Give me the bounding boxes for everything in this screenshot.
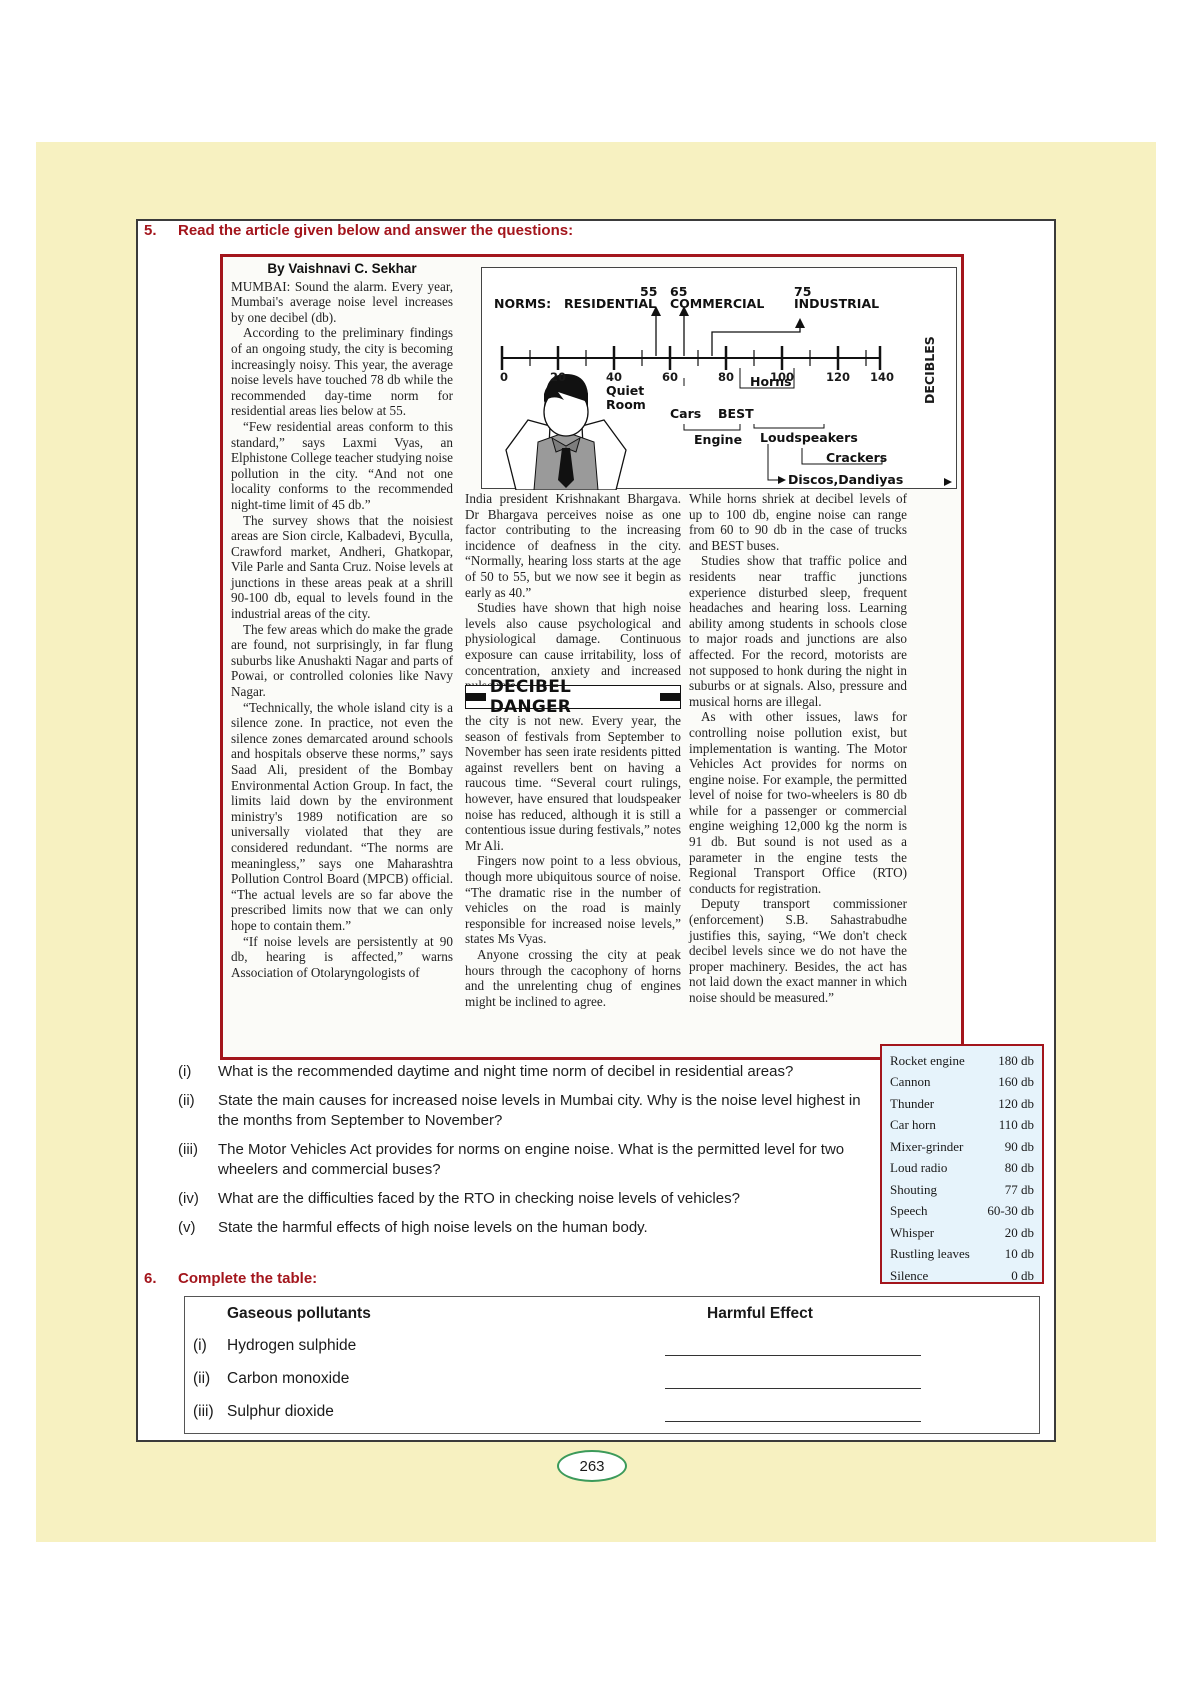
sound-source: Thunder <box>890 1096 934 1112</box>
sound-level: 110 db <box>999 1117 1034 1133</box>
sound-level: 10 db <box>1005 1246 1034 1262</box>
paragraph: India president Krishnakant Bhargava. Dr… <box>465 491 681 600</box>
banner-bar-right <box>660 693 680 701</box>
paragraph: The survey shows that the noisiest areas… <box>231 513 453 622</box>
paragraph: “Few residential areas conform to this s… <box>231 419 453 513</box>
banner-bar-left <box>466 693 486 701</box>
table-row: (i) Hydrogen sulphide <box>193 1337 356 1355</box>
sound-source: Car horn <box>890 1117 936 1133</box>
table-row: Thunder120 db <box>890 1093 1034 1115</box>
paragraph: The few areas which do make the grade ar… <box>231 622 453 700</box>
row-index: (i) <box>193 1337 227 1355</box>
source-horns: Horns <box>750 374 792 389</box>
source-quiet-room: Quiet Room <box>606 384 666 412</box>
question-number: 5. <box>144 222 178 239</box>
sound-level: 60-30 db <box>987 1203 1034 1219</box>
sound-source: Rocket engine <box>890 1053 965 1069</box>
question-title: Read the article given below and answer … <box>178 222 573 239</box>
sound-source: Speech <box>890 1203 928 1219</box>
question-text: State the main causes for increased nois… <box>218 1091 878 1131</box>
sound-level: 90 db <box>1005 1139 1034 1155</box>
question-text: What are the difficulties faced by the R… <box>218 1189 878 1209</box>
norm-label-commercial: COMMERCIAL <box>670 296 764 311</box>
decibel-scale-figure: NORMS: 55 RESIDENTIAL 65 COMMERCIAL 75 I… <box>481 267 957 489</box>
paragraph: “If noise levels are persistently at 90 … <box>231 934 453 981</box>
article-column-2-bottom: the city is not new. Every year, the sea… <box>465 713 681 1009</box>
article-column-1: By Vaishnavi C. Sekhar MUMBAI: Sound the… <box>231 261 453 980</box>
axis-tick-20: 20 <box>550 370 566 384</box>
question-item: (ii) State the main causes for increased… <box>178 1091 878 1131</box>
question-title: Complete the table: <box>178 1270 317 1287</box>
sound-source: Rustling leaves <box>890 1246 970 1262</box>
decibel-danger-banner: DECIBEL DANGER <box>465 685 681 709</box>
table-row: Shouting77 db <box>890 1179 1034 1201</box>
table-row: Whisper20 db <box>890 1222 1034 1244</box>
answer-blank-hydrogen-sulphide[interactable] <box>665 1355 921 1356</box>
source-crackers: Crackers <box>826 450 887 465</box>
table-row: Loud radio80 db <box>890 1158 1034 1180</box>
sound-level: 160 db <box>998 1074 1034 1090</box>
paragraph: “Technically, the whole island city is a… <box>231 700 453 934</box>
sound-source: Loud radio <box>890 1160 947 1176</box>
article-column-3: While horns shriek at decibel levels of … <box>689 491 907 1006</box>
axis-tick-0: 0 <box>500 370 508 384</box>
question-index: (i) <box>178 1062 218 1082</box>
question-item: (i) What is the recommended daytime and … <box>178 1062 878 1082</box>
source-loudspeakers: Loudspeakers <box>760 430 858 445</box>
pollutant-name: Sulphur dioxide <box>227 1403 334 1421</box>
sound-level: 80 db <box>1005 1160 1034 1176</box>
sound-source: Cannon <box>890 1074 930 1090</box>
sound-level: 20 db <box>1005 1225 1034 1241</box>
question-index: (iv) <box>178 1189 218 1209</box>
sound-source: Shouting <box>890 1182 937 1198</box>
axis-tick-120: 120 <box>826 370 850 384</box>
question-item: (iv) What are the difficulties faced by … <box>178 1189 878 1209</box>
newspaper-article: By Vaishnavi C. Sekhar MUMBAI: Sound the… <box>220 254 964 1060</box>
source-discos: Discos,Dandiyas <box>788 472 903 487</box>
paragraph: According to the preliminary findings of… <box>231 325 453 419</box>
table-row: (iii) Sulphur dioxide <box>193 1403 334 1421</box>
axis-tick-80: 80 <box>718 370 734 384</box>
question-text: State the harmful effects of high noise … <box>218 1218 878 1238</box>
source-cars: Cars <box>670 406 701 421</box>
source-best: BEST <box>718 406 754 421</box>
paragraph: While horns shriek at decibel levels of … <box>689 491 907 553</box>
question-index: (v) <box>178 1218 218 1238</box>
answer-blank-sulphur-dioxide[interactable] <box>665 1421 921 1422</box>
paragraph: the city is not new. Every year, the sea… <box>465 713 681 853</box>
sound-level: 120 db <box>998 1096 1034 1112</box>
page-number-text: 263 <box>579 1458 604 1475</box>
question-item: (iii) The Motor Vehicles Act provides fo… <box>178 1140 878 1180</box>
norm-label-industrial: INDUSTRIAL <box>794 296 879 311</box>
pollutant-name: Hydrogen sulphide <box>227 1337 356 1355</box>
paragraph: Fingers now point to a less obvious, tho… <box>465 853 681 947</box>
sound-level: 180 db <box>998 1053 1034 1069</box>
table-row: Mixer-grinder90 db <box>890 1136 1034 1158</box>
table-row: Cannon160 db <box>890 1072 1034 1094</box>
byline: By Vaishnavi C. Sekhar <box>231 261 453 277</box>
pollutants-table: Gaseous pollutants Harmful Effect (i) Hy… <box>184 1296 1040 1434</box>
axis-label: DECIBLES <box>922 336 937 404</box>
paragraph: As with other issues, laws for controlli… <box>689 709 907 896</box>
paragraph: MUMBAI: Sound the alarm. Every year, Mum… <box>231 279 453 326</box>
table-row: (ii) Carbon monoxide <box>193 1370 349 1388</box>
paragraph: Anyone crossing the city at peak hours t… <box>465 947 681 1009</box>
page-number: 263 <box>557 1450 627 1482</box>
question-text: The Motor Vehicles Act provides for norm… <box>218 1140 878 1180</box>
decibel-reference-table: Rocket engine180 db Cannon160 db Thunder… <box>880 1044 1044 1284</box>
row-index: (ii) <box>193 1370 227 1388</box>
question-index: (iii) <box>178 1140 218 1180</box>
pollutant-name: Carbon monoxide <box>227 1370 349 1388</box>
question-number: 6. <box>144 1270 178 1287</box>
question-6-heading: 6.Complete the table: <box>144 1270 317 1287</box>
question-text: What is the recommended daytime and nigh… <box>218 1062 878 1082</box>
norms-label: NORMS: <box>494 296 551 311</box>
question-5-heading: 5.Read the article given below and answe… <box>144 222 573 239</box>
column-header-pollutants: Gaseous pollutants <box>227 1305 371 1323</box>
sound-level: 77 db <box>1005 1182 1034 1198</box>
norm-label-residential: RESIDENTIAL <box>564 296 656 311</box>
table-row: Speech60-30 db <box>890 1201 1034 1223</box>
axis-tick-40: 40 <box>606 370 622 384</box>
table-row: Car horn110 db <box>890 1115 1034 1137</box>
sound-level: 0 db <box>1011 1268 1034 1284</box>
table-row: Rocket engine180 db <box>890 1050 1034 1072</box>
sound-source: Silence <box>890 1268 928 1284</box>
question-index: (ii) <box>178 1091 218 1131</box>
axis-tick-60: 60 <box>662 370 678 384</box>
table-row: Silence0 db <box>890 1265 1034 1287</box>
banner-text: DECIBEL DANGER <box>490 677 657 717</box>
column-header-harmful-effect: Harmful Effect <box>707 1305 813 1323</box>
question-item: (v) State the harmful effects of high no… <box>178 1218 878 1238</box>
sound-source: Mixer-grinder <box>890 1139 963 1155</box>
question-list: (i) What is the recommended daytime and … <box>178 1062 878 1247</box>
paragraph: Studies show that traffic police and res… <box>689 553 907 709</box>
sound-source: Whisper <box>890 1225 934 1241</box>
row-index: (iii) <box>193 1403 227 1421</box>
source-engine: Engine <box>694 432 742 447</box>
answer-blank-carbon-monoxide[interactable] <box>665 1388 921 1389</box>
axis-tick-140: 140 <box>870 370 894 384</box>
paragraph: Deputy transport commissioner (enforceme… <box>689 896 907 1005</box>
table-row: Rustling leaves10 db <box>890 1244 1034 1266</box>
